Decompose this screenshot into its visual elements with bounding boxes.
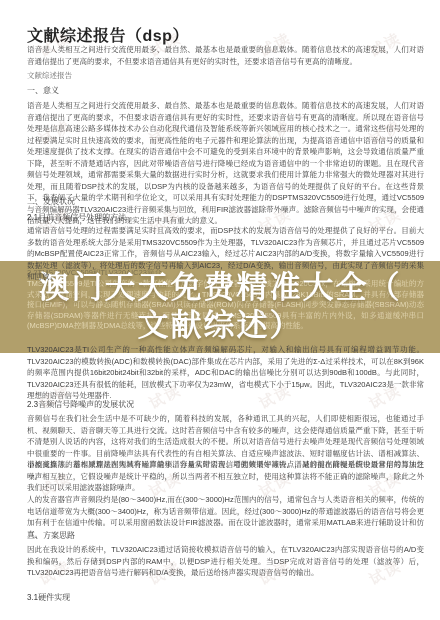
section-heading-development: 二、发展状况 <box>27 196 424 207</box>
doc-type-label: 文献综述报告 <box>27 70 424 81</box>
subsection-heading-method: 2.1目前音频信号处理的方法 <box>27 212 424 223</box>
subsection-heading-denoise: 2.3音频信号降噪声的发展状况 <box>27 399 424 410</box>
section-heading-meaning: 一、意义 <box>27 85 424 96</box>
spectral-subtraction-paragraph: 谱相减算法的基本原理是在频域将噪声的频谱分量从带语音信号的频谱中减去。谱减的提出… <box>27 459 424 494</box>
subsection-heading-hardware: 3.1硬件实现 <box>27 592 424 603</box>
promo-overlay-line2: 文献综述） <box>138 307 303 345</box>
page-title: 文献综述报告（dsp） <box>27 23 424 46</box>
method-paragraph: 通常语音信号处理的过程需要满足实时且高效的要求，而DSP技术的发展为语音信号的处… <box>27 225 424 283</box>
section-heading-plan: 三、方案思路 <box>27 530 424 541</box>
meaning-paragraph: 语音是人类相互之间进行交流使用最多、最自然、最基本也是最重要的信息载体。随着信息… <box>27 100 424 227</box>
document-page: 文献综述报告（dsp） 语音是人类相互之间进行交流使用最多、最自然、最基本也是最… <box>0 0 440 620</box>
plan-paragraph: 因此在我设计的系统中，TLV320AIC23通过话筒接收模拟语音信号的输入，在T… <box>27 544 424 579</box>
codec-paragraph: TLV320AIC23是TI公司生产的一种高性能立体声音频编解码芯片，对输入和输… <box>27 344 424 402</box>
intro-paragraph: 语音是人类相互之间进行交流使用最多、最自然、最基本也是最重要的信息载体。随着信息… <box>27 44 424 67</box>
